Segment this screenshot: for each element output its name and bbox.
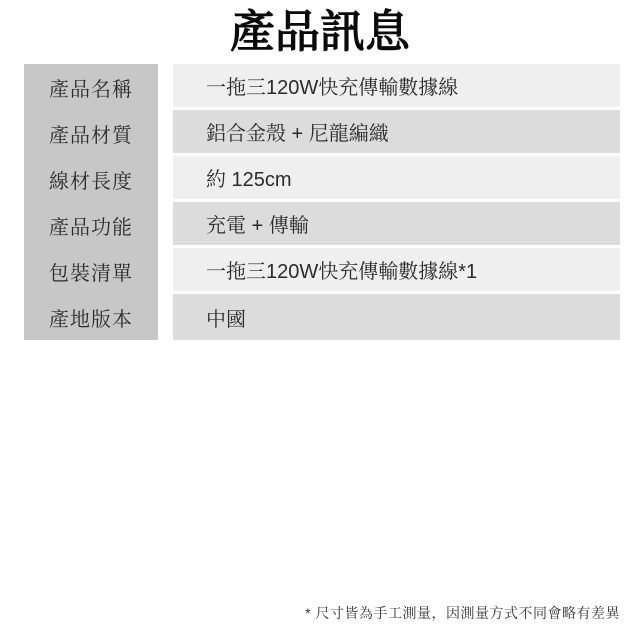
spec-value-product-name: 一拖三120W快充傳輸數據線 [173, 64, 620, 110]
spec-value-package-list: 一拖三120W快充傳輸數據線*1 [173, 248, 620, 294]
spec-value-function: 充電 + 傳輸 [173, 202, 620, 248]
page-title: 產品訊息 [0, 4, 640, 60]
spec-value-origin: 中國 [173, 294, 620, 340]
spec-value-cable-length: 約 125cm [173, 156, 620, 202]
spec-label-material: 產品材質 [24, 110, 158, 156]
measurement-disclaimer: * 尺寸皆為手工測量，因測量方式不同會略有差異 [305, 603, 620, 623]
spec-label-origin: 產地版本 [24, 294, 158, 340]
spec-label-function: 產品功能 [24, 202, 158, 248]
spec-label-cable-length: 線材長度 [24, 156, 158, 202]
spec-label-package-list: 包裝清單 [24, 248, 158, 294]
product-info-table: 產品名稱 一拖三120W快充傳輸數據線 產品材質 鋁合金殼 + 尼龍編織 線材長… [24, 64, 620, 340]
spec-value-material: 鋁合金殼 + 尼龍編織 [173, 110, 620, 156]
spec-label-product-name: 產品名稱 [24, 64, 158, 110]
